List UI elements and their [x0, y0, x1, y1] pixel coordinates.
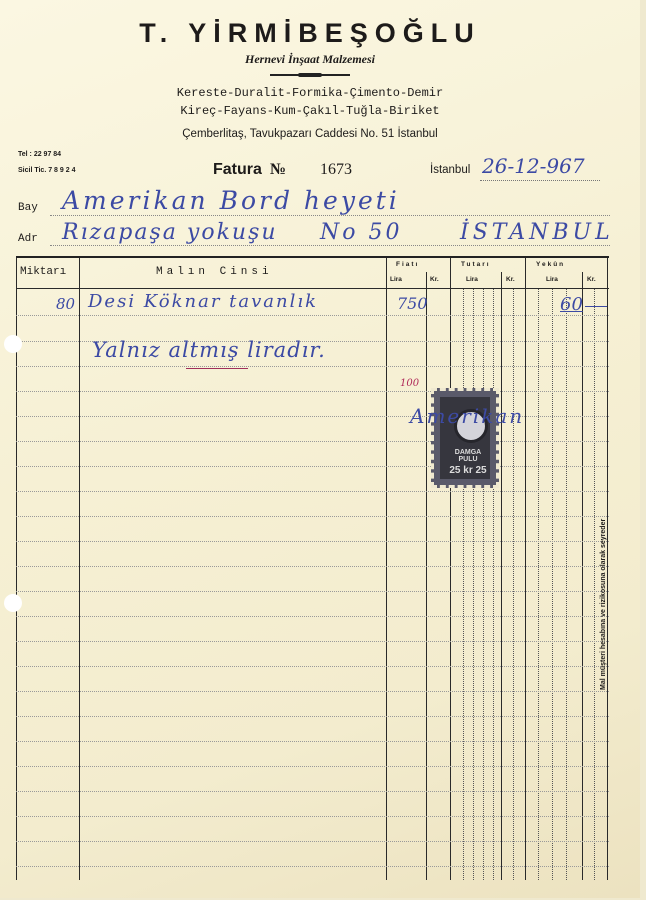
invoice-date: 26-12-967 — [482, 154, 585, 178]
invoice-document: T. YİRMİBEŞOĞLU Hernevi İnşaat Malzemesi… — [0, 0, 640, 898]
adr-dotted-line — [50, 245, 610, 246]
products-line-2: Kireç-Fayans-Kum-Çakıl-Tuğla-Biriket — [0, 104, 620, 118]
tutari-lira: Lira — [466, 276, 478, 283]
bay-label: Bay — [18, 202, 38, 214]
customer-address: Rızapaşa yokuşu — [62, 220, 278, 245]
col-header-miktari: Miktarı — [20, 266, 66, 278]
punch-hole — [4, 594, 22, 612]
fiati-kr: Kr. — [430, 276, 439, 283]
col-header-fiati: Fiatı — [396, 261, 419, 268]
trade-registry: Sicil Tic. 7 8 9 2 4 — [18, 167, 75, 174]
col-border — [525, 258, 526, 880]
col-border — [386, 258, 387, 880]
adr-label: Adr — [18, 233, 38, 245]
bay-dotted-line — [50, 215, 610, 216]
red-annotation: 100 — [400, 378, 419, 389]
side-note: Mal müşteri hesabına ve rizikosuna olara… — [600, 440, 614, 690]
company-address: Çemberlitaş, Tavukpazarı Caddesi No. 51 … — [0, 128, 620, 140]
header-separator — [16, 288, 609, 289]
col-header-yekun: Yekûn — [536, 261, 565, 268]
row-quantity: 80 — [56, 295, 75, 313]
total-dash — [585, 306, 607, 307]
yekun-kr: Kr. — [587, 276, 596, 283]
date-city-label: İstanbul — [430, 164, 470, 176]
customer-name: Amerikan Bord heyeti — [62, 186, 400, 215]
row-total-lira: 60 — [560, 294, 583, 315]
signature: Amerikan — [410, 404, 524, 428]
col-border — [450, 258, 451, 880]
company-name: T. YİRMİBEŞOĞLU — [0, 18, 620, 49]
invoice-title: Fatura — [213, 161, 262, 179]
red-underline — [186, 368, 248, 369]
col-header-tutari: Tutarı — [461, 261, 491, 268]
stamp-text: DAMGA PULU — [446, 449, 490, 463]
company-subtitle: Hernevi İnşaat Malzemesi — [0, 52, 620, 67]
punch-hole — [4, 335, 22, 353]
stamp-value: 25 kr 25 — [446, 465, 490, 476]
products-line-1: Kereste-Duralit-Formika-Çimento-Demir — [0, 86, 620, 100]
row-description: Desi Köknar tavanlık — [88, 291, 318, 312]
ornament-divider — [270, 74, 350, 76]
row-price-lira: 750 — [397, 294, 428, 313]
col-border — [426, 272, 427, 880]
telephone: Tel : 22 97 84 — [18, 151, 61, 158]
col-border — [79, 258, 80, 880]
col-header-malin-cinsi: Malın Cinsi — [156, 266, 273, 278]
customer-address-no: No 50 — [320, 220, 402, 245]
amount-in-words: Yalnız altmış liradır. — [92, 338, 326, 362]
revenue-stamp: DAMGA PULU 25 kr 25 — [431, 388, 499, 488]
invoice-number: 1673 — [320, 161, 352, 179]
tutari-kr: Kr. — [506, 276, 515, 283]
customer-address-city: İSTANBUL — [460, 220, 614, 245]
number-symbol: № — [270, 161, 286, 179]
date-line — [480, 180, 600, 181]
col-border — [582, 272, 583, 880]
yekun-lira: Lira — [546, 276, 558, 283]
fiati-lira: Lira — [390, 276, 402, 283]
col-border — [501, 272, 502, 880]
